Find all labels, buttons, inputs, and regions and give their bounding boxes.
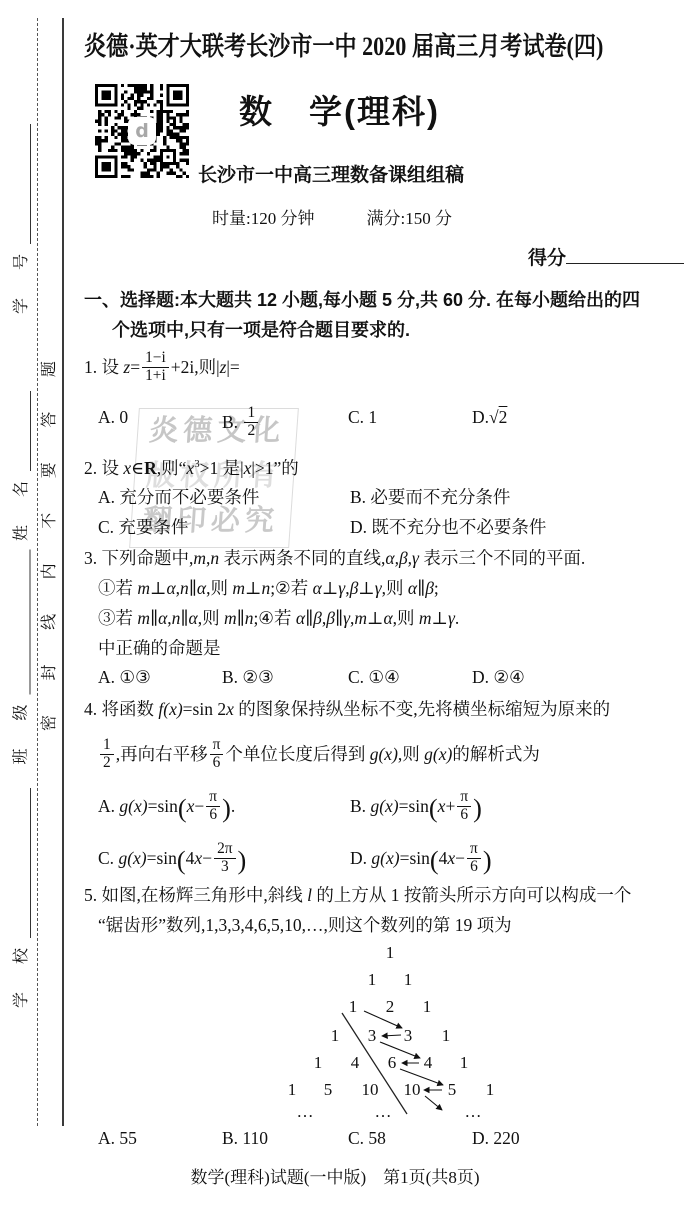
section-heading-line1: 一、选择题:本大题共 12 小题,每小题 5 分,共 60 分. 在每小题给出的… — [84, 286, 640, 312]
q1-option-a: A. 0 — [98, 407, 128, 428]
q2-stem: 2. 设 x∈R,则“x3>1 是|x|>1”的 — [84, 453, 299, 479]
seal-char: 密 — [36, 715, 56, 731]
q4-options-row1: A. g(x)=sin(x−π6). B. g(x)=sin(x+π6) — [0, 791, 700, 821]
q3-option-d: D. ②④ — [472, 667, 525, 688]
q3-line2: ③若 m∥α,n∥α,则 m∥n;④若 α∥β,β∥γ,m⊥α,则 m⊥γ. — [98, 607, 459, 629]
q3-option-a: A. ①③ — [98, 667, 151, 688]
field-student-id-label: 学 号 — [8, 248, 31, 314]
q1-stem: 1. 设 z=1−i1+i+2i,则|z|= — [84, 352, 240, 386]
q3-line1: ①若 m⊥α,n∥α,则 m⊥n;②若 α⊥γ,β⊥γ,则 α∥β; — [98, 577, 439, 599]
q2-option-d: D. 既不充分也不必要条件 — [350, 514, 546, 539]
seal-char: 线 — [36, 614, 56, 630]
q2-option-b: B. 必要而不充分条件 — [350, 484, 510, 509]
q5-option-a: A. 55 — [98, 1128, 137, 1149]
q1-option-d: D.√2 — [472, 407, 507, 428]
qr-logo-icon: d — [128, 117, 156, 145]
score-box: 得分 — [528, 243, 684, 270]
q2-option-c: C. 充要条件 — [98, 514, 188, 539]
q2-option-a: A. 充分而不必要条件 — [98, 484, 259, 509]
field-student-id-blank — [12, 124, 31, 244]
field-class-label: 班 级 — [8, 698, 31, 764]
q3-line3: 中正确的命题是 — [98, 637, 221, 659]
q5-stem-line1: 5. 如图,在杨辉三角形中,斜线 l 的上方从 1 按箭头所示方向可以构成一个 — [84, 884, 631, 906]
field-student-id: 学 号 — [9, 124, 31, 314]
triangle-cell: 1 — [423, 997, 432, 1017]
q3-stem: 3. 下列命题中,m,n 表示两条不同的直线,α,β,γ 表示三个不同的平面. — [84, 547, 585, 569]
triangle-cell: 1 — [386, 943, 395, 963]
field-school: 学 校 — [9, 788, 31, 1008]
q1-option-b: B. 12 — [222, 407, 260, 441]
triangle-cell: 5 — [324, 1080, 333, 1100]
triangle-cell: 1 — [442, 1026, 451, 1046]
q5-options: A. 55 B. 110 C. 58 D. 220 — [0, 1128, 700, 1158]
q1-options: A. 0 B. 12 C. 1 D.√2 — [0, 407, 700, 437]
paper-title: 数 学(理科) — [239, 86, 440, 133]
q4-stem-line2: 12,再向右平移π6个单位长度后得到 g(x),则 g(x)的解析式为 — [98, 739, 540, 773]
triangle-cell: 4 — [424, 1053, 433, 1073]
triangle-cell: 10 — [404, 1080, 421, 1100]
triangle-cell: 1 — [460, 1053, 469, 1073]
q4-options-row2: C. g(x)=sin(4x−2π3) D. g(x)=sin(4x−π6) — [0, 843, 700, 873]
triangle-cell: 1 — [368, 970, 377, 990]
triangle-cell: 1 — [349, 997, 358, 1017]
triangle-cell: 10 — [362, 1080, 379, 1100]
seal-char: 题 — [36, 361, 56, 377]
q5-option-d: D. 220 — [472, 1128, 520, 1149]
q2-options-row2: C. 充要条件 D. 既不充分也不必要条件 — [0, 514, 700, 544]
q4-stem-line1: 4. 将函数 f(x)=sin 2x 的图象保持纵坐标不变,先将横坐标缩短为原来… — [84, 698, 610, 720]
footer-text: 数学(理科)试题(一中版) 第1页(共8页) — [35, 1163, 635, 1188]
seal-char: 内 — [36, 563, 56, 579]
triangle-cell: 1 — [331, 1026, 340, 1046]
seal-char: 要 — [36, 462, 56, 478]
q5-option-c: C. 58 — [348, 1128, 386, 1149]
score-blank-line — [566, 245, 684, 264]
q5-option-b: B. 110 — [222, 1128, 268, 1149]
triangle-cell: … — [375, 1102, 392, 1122]
q1-option-c: C. 1 — [348, 407, 377, 428]
q5-stem-line2: “锯齿形”数列,1,3,3,4,6,5,10,…,则这个数列的第 19 项为 — [98, 914, 512, 936]
meta-fullscore: 满分:150 分 — [366, 209, 451, 228]
triangle-cell: 3 — [404, 1026, 413, 1046]
banner-title: 炎德·英才大联考长沙市一中 2020 届高三月考试卷(四) — [84, 26, 603, 63]
triangle-cell: 1 — [404, 970, 413, 990]
paper-meta: 时量:120 分钟满分:150 分 — [212, 204, 452, 229]
q3-option-c: C. ①④ — [348, 667, 400, 688]
triangle-cell: 1 — [288, 1080, 297, 1100]
triangle-cell: … — [465, 1102, 482, 1122]
triangle-cell: 4 — [351, 1053, 360, 1073]
section-heading-line2: 个选项中,只有一项是符合题目要求的. — [112, 316, 410, 342]
score-label: 得分 — [528, 248, 566, 269]
field-class: 班 级 — [9, 550, 31, 765]
triangle-cell: 2 — [386, 997, 395, 1017]
meta-duration: 时量:120 分钟 — [212, 209, 314, 228]
q4-option-b: B. g(x)=sin(x+π6) — [350, 791, 482, 825]
q3-options: A. ①③ B. ②③ C. ①④ D. ②④ — [0, 667, 700, 697]
triangle-cell: 3 — [368, 1026, 377, 1046]
triangle-cell: 1 — [486, 1080, 495, 1100]
q4-option-a: A. g(x)=sin(x−π6). — [98, 791, 235, 825]
field-school-label: 学 校 — [8, 942, 31, 1008]
exam-page: 学 号 姓 名 班 级 学 校 密封线内不要答题 炎德·英才大联考长沙市一中 2… — [0, 0, 700, 1206]
margin-seal-line — [62, 18, 64, 1126]
triangle-cell: 5 — [448, 1080, 457, 1100]
paper-subtitle: 长沙市一中高三理数备课组组稿 — [198, 160, 464, 187]
triangle-cell: 6 — [388, 1053, 397, 1073]
triangle-cell: … — [297, 1102, 314, 1122]
q2-options-row1: A. 充分而不必要条件 B. 必要而不充分条件 — [0, 484, 700, 514]
q4-option-d: D. g(x)=sin(4x−π6) — [350, 843, 492, 877]
q4-option-c: C. g(x)=sin(4x−2π3) — [98, 843, 246, 877]
q3-option-b: B. ②③ — [222, 667, 274, 688]
triangle-cell: 1 — [314, 1053, 323, 1073]
